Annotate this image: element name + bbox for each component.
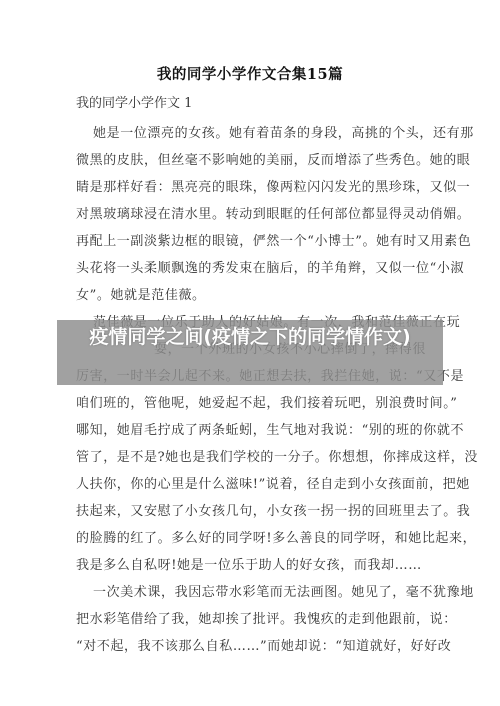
paragraph-line: 再配上一副淡紫边框的眼镜，俨然一个“小博士”。她有时又用素色 <box>76 230 426 249</box>
paragraph-line: 睛是那样好看：黑亮亮的眼珠，像两粒闪闪发光的黑珍珠，又似一 <box>76 176 426 195</box>
paragraph-line: 人扶你，你的心里是什么滋味!”说着，径自走到小女孩面前，把她 <box>76 473 426 492</box>
document-title: 我的同学小学作文合集15篇 <box>0 63 500 84</box>
paragraph-line: 对黑玻璃球浸在清水里。转动到眼眶的任何部位都显得灵动俏媚。 <box>76 203 426 222</box>
paragraph-line: 哪知，她眉毛拧成了两条蚯蚓，生气地对我说：“别的班的你就不 <box>76 419 426 438</box>
paragraph-line: “对不起，我不该那么自私……”而她却说：“知道就好，好好改 <box>76 635 426 654</box>
paragraph-line: 的脸腾的红了。多么好的同学呀!多么善良的同学呀，和她比起来， <box>76 527 426 546</box>
paragraph-line: 她是一位漂亮的女孩。她有着苗条的身段，高挑的个头，还有那 <box>93 122 443 141</box>
paragraph-line: 扶起来，又安慰了小女孩几句，小女孩一拐一拐的回班里去了。我 <box>76 500 426 519</box>
paragraph-line: 我是多么自私呀!她是一位乐于助人的好女孩，而我却…… <box>76 554 426 573</box>
paragraph-line: 咱们班的，管他呢，她爱起不起，我们接着玩吧，别浪费时间。” <box>76 392 426 411</box>
paragraph-line: 头花将一头柔顺飘逸的秀发束在脑后，的羊角辫，又似一位“小淑 <box>76 257 426 276</box>
paragraph-line: 一次美术课，我因忘带水彩笔而无法画图。她见了，毫不犹豫地 <box>93 581 443 600</box>
title-overlay-banner: 疫情同学之间(疫情之下的同学情作文) <box>57 320 443 385</box>
section-heading: 我的同学小学作文 1 <box>76 92 192 111</box>
paragraph-line: 把水彩笔借给了我，她却挨了批评。我愧疚的走到他跟前，说： <box>76 608 426 627</box>
paragraph-line: 微黑的皮肤，但丝毫不影响她的美丽，反而增添了些秀色。她的眼 <box>76 149 426 168</box>
paragraph-line: 管了，是不是?她也是我们学校的一分子。你想想，你摔成这样，没 <box>76 446 426 465</box>
paragraph-line: 女”。她就是范佳薇。 <box>76 284 426 303</box>
overlay-title: 疫情同学之间(疫情之下的同学情作文) <box>57 324 443 350</box>
